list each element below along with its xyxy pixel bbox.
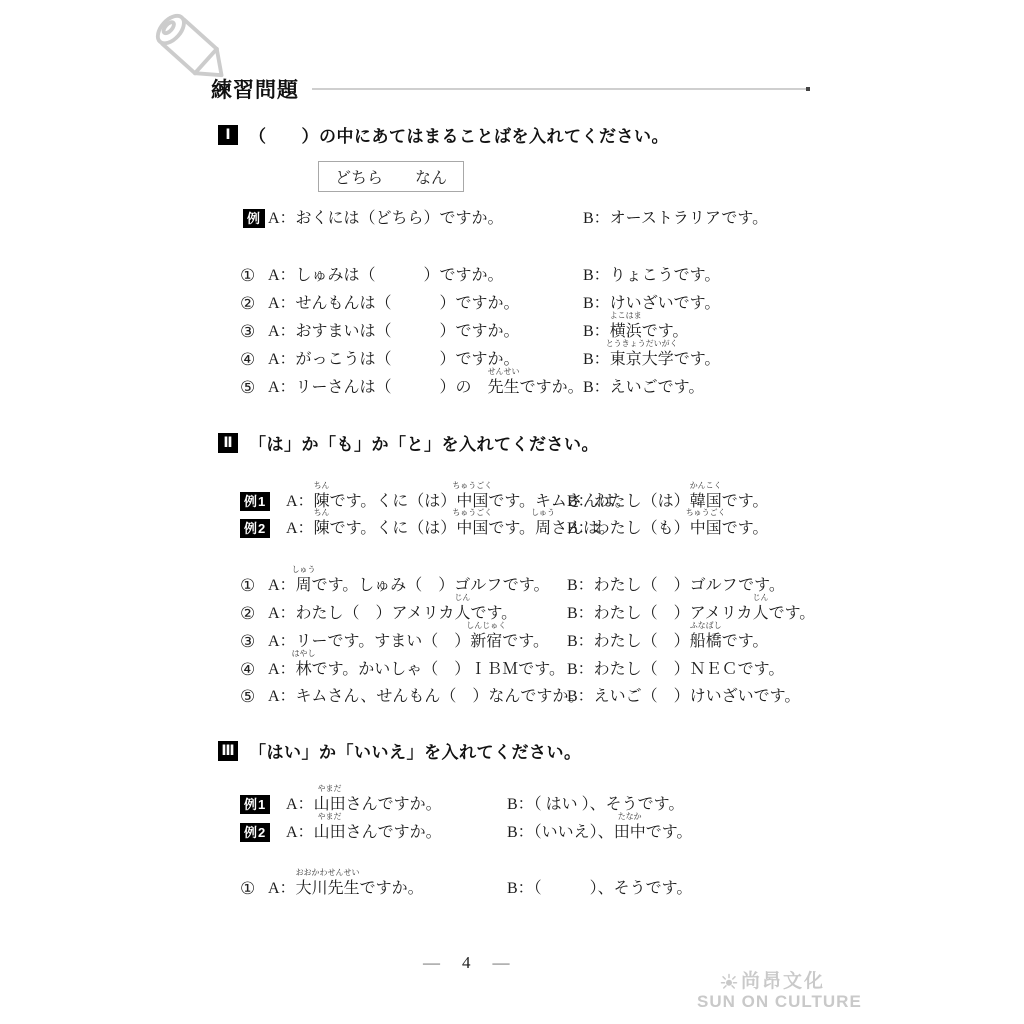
item-number: ②: [240, 602, 255, 626]
dialogue-b: B：（いいえ）、田中たなかです。: [507, 821, 692, 845]
dialogue-b: B：りょこうです。: [583, 264, 720, 288]
section-numeral-badge: Ⅰ: [218, 125, 238, 145]
exercise-row: ③ A：おすまいは（ ）ですか。 B：横浜よこはまです。: [0, 320, 1024, 344]
publisher-name-latin: SUN ON CULTURE: [697, 992, 877, 1011]
footer-dash-left: —: [423, 953, 440, 973]
example-row: 例1 A：陳ちんです。くに（は）中国ちゅうごくです。キムさんは。 B：わたし（は…: [0, 490, 1024, 514]
item-number: ④: [240, 348, 255, 372]
dialogue-a: A：山田やまださんですか。: [286, 821, 442, 845]
exercise-row: ③ A：リーです。すまい（ ）新宿しんじゅくです。 B：わたし（ ）船橋ふなばし…: [0, 630, 1024, 654]
exercise-row: ① A：周しゅうです。しゅみ（ ）ゴルフです。 B：わたし（ ）ゴルフです。: [0, 574, 1024, 598]
dialogue-a: A：周しゅうです。しゅみ（ ）ゴルフです。: [268, 574, 550, 598]
section-2-header: Ⅱ 「は」か「も」か「と」を入れてください。: [218, 430, 599, 455]
example-badge: 例2: [240, 823, 270, 842]
dialogue-b: B：えいごです。: [583, 376, 704, 400]
word-choice-box: どちら なん: [318, 161, 464, 192]
divider-end-dot: [806, 87, 810, 91]
item-number: ⑤: [240, 376, 255, 400]
dialogue-a: A：陳ちんです。くに（は）中国ちゅうごくです。周しゅうさんは。: [286, 517, 615, 541]
exercise-row: ① A：しゅみは（ ）ですか。 B：りょこうです。: [0, 264, 1024, 288]
sun-icon: [720, 973, 738, 991]
dialogue-a: A：せんもんは（ ）ですか。: [268, 292, 520, 316]
exercise-row: ② A：わたし（ ）アメリカ人じんです。 B：わたし（ ）アメリカ人じんです。: [0, 602, 1024, 626]
item-number: ①: [240, 264, 255, 288]
section-instruction: 「は」か「も」か「と」を入れてください。: [249, 430, 599, 455]
dialogue-b: B：わたし（は）韓国かんこくです。: [567, 490, 768, 514]
section-1-header: Ⅰ （ ）の中にあてはまることばを入れてください。: [218, 122, 669, 147]
section-3: Ⅲ 「はい」か「いいえ」を入れてください。 例1 A：山田やまださんですか。 B…: [0, 738, 1024, 918]
header-divider: [312, 88, 806, 90]
page-number: 4: [462, 953, 471, 973]
dialogue-b: B：（ はい ）、そうです。: [507, 793, 684, 817]
section-instruction: （ ）の中にあてはまることばを入れてください。: [249, 122, 669, 147]
example-row: 例 A：おくには（どちら）ですか。 B：オーストラリアです。: [0, 207, 1024, 231]
dialogue-a: A：おすまいは（ ）ですか。: [268, 320, 520, 344]
dialogue-b: B：（ ）、そうです。: [507, 877, 692, 901]
dialogue-a: A：リーさんは（ ）の 先生せんせいですか。: [268, 376, 584, 400]
example-badge: 例: [243, 209, 265, 228]
item-number: ①: [240, 877, 255, 901]
section-numeral-badge: Ⅱ: [218, 433, 238, 453]
item-number: ⑤: [240, 685, 255, 709]
dialogue-a: A：キムさん、せんもん（ ）なんですか。: [268, 685, 584, 709]
example-row: 例1 A：山田やまださんですか。 B：（ はい ）、そうです。: [0, 793, 1024, 817]
footer-dash-right: —: [493, 953, 510, 973]
publisher-logo-cjk-row: 尚昂文化: [720, 971, 877, 992]
dialogue-b: B：わたし（も）中国ちゅうごくです。: [567, 517, 768, 541]
dialogue-a: A：林はやしです。かいしゃ（ ）ＩＢＭです。: [268, 658, 565, 682]
exercise-row: ⑤ A：リーさんは（ ）の 先生せんせいですか。 B：えいごです。: [0, 376, 1024, 400]
item-number: ③: [240, 630, 255, 654]
example-badge: 例1: [240, 795, 270, 814]
section-3-header: Ⅲ 「はい」か「いいえ」を入れてください。: [218, 738, 582, 763]
dialogue-a: A：おくには（どちら）ですか。: [268, 207, 504, 231]
section-instruction: 「はい」か「いいえ」を入れてください。: [249, 738, 582, 763]
dialogue-b: B：けいざいです。: [583, 292, 720, 316]
dialogue-a: A：大川先生おおかわせんせいですか。: [268, 877, 424, 901]
exercise-row: ④ A：林はやしです。かいしゃ（ ）ＩＢＭです。 B：わたし（ ）ＮＥＣです。: [0, 658, 1024, 682]
item-number: ①: [240, 574, 255, 598]
section-1: Ⅰ （ ）の中にあてはまることばを入れてください。 どちら なん 例 A：おくに…: [0, 122, 1024, 422]
page-footer: — 4 —: [423, 953, 510, 973]
page-title: 練習問題: [211, 74, 299, 104]
dialogue-b: B：えいご（ ）けいざいです。: [567, 685, 800, 709]
exercise-row: ⑤ A：キムさん、せんもん（ ）なんですか。 B：えいご（ ）けいざいです。: [0, 685, 1024, 709]
item-number: ④: [240, 658, 255, 682]
item-number: ③: [240, 320, 255, 344]
example-row: 例2 A：陳ちんです。くに（は）中国ちゅうごくです。周しゅうさんは。 B：わたし…: [0, 517, 1024, 541]
example-badge: 例2: [240, 519, 270, 538]
exercise-row: ② A：せんもんは（ ）ですか。 B：けいざいです。: [0, 292, 1024, 316]
dialogue-a: A：がっこうは（ ）ですか。: [268, 348, 520, 372]
dialogue-b: B：わたし（ ）ＮＥＣです。: [567, 658, 784, 682]
dialogue-b: B：東京大学とうきょうだいがくです。: [583, 348, 720, 372]
dialogue-a: A：しゅみは（ ）ですか。: [268, 264, 504, 288]
dialogue-b: B：わたし（ ）船橋ふなばしです。: [567, 630, 768, 654]
publisher-logo: 尚昂文化 SUN ON CULTURE: [697, 971, 877, 1011]
dialogue-a: A：山田やまださんですか。: [286, 793, 442, 817]
item-number: ②: [240, 292, 255, 316]
publisher-name-cjk: 尚昂文化: [741, 971, 825, 992]
worksheet-page: 練習問題 Ⅰ （ ）の中にあてはまることばを入れてください。 どちら なん 例 …: [0, 0, 1024, 1024]
example-row: 例2 A：山田やまださんですか。 B：（いいえ）、田中たなかです。: [0, 821, 1024, 845]
exercise-row: ① A：大川先生おおかわせんせいですか。 B：（ ）、そうです。: [0, 877, 1024, 901]
dialogue-b: B：オーストラリアです。: [583, 207, 768, 231]
section-2: Ⅱ 「は」か「も」か「と」を入れてください。 例1 A：陳ちんです。くに（は）中…: [0, 430, 1024, 720]
section-numeral-badge: Ⅲ: [218, 741, 238, 761]
example-badge: 例1: [240, 492, 270, 511]
